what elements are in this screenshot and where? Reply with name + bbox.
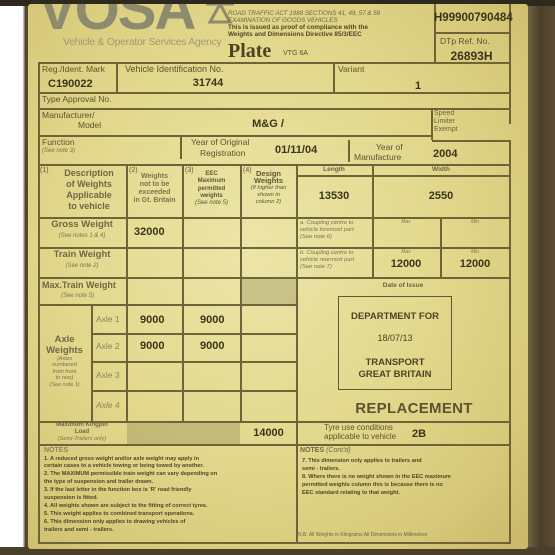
- train-weight-label: Train Weight: [38, 249, 126, 260]
- year-registration-label-2: Registration: [200, 148, 245, 158]
- kingpin-label-line: Maximum Kingpin: [38, 422, 126, 429]
- coupling-a-max-label: Max: [372, 219, 440, 225]
- replacement-stamp: REPLACEMENT: [324, 400, 504, 417]
- header-line: (If higher than: [241, 185, 296, 192]
- compliance-line-2: Weights and Dimensions Directive 85/3/EE…: [228, 31, 468, 38]
- notes-contd-suffix: (Cont'd): [326, 447, 351, 454]
- speed-limiter-exempt: Speed Limiter Exempt: [434, 110, 458, 134]
- gross-weight-note: (See notes 1 & 4): [38, 233, 126, 239]
- agency-name: Vehicle & Operator Services Agency: [63, 36, 221, 48]
- header-line: Weights: [241, 177, 296, 184]
- tyre-label-line: Tyre use conditions: [324, 423, 396, 432]
- variant-label: Variant: [338, 64, 364, 74]
- header-line: exceeded: [127, 189, 182, 197]
- coupling-b-min-label: Min: [440, 249, 510, 255]
- notes-contd-title: NOTES (Cont'd): [300, 447, 351, 454]
- coupling-line: vehicle rearmost part: [300, 257, 372, 264]
- note-line: 2. The MAXIMUM permissible train weight …: [44, 471, 217, 478]
- header-line: in Gt. Britain: [127, 197, 182, 205]
- note-line: trailers and semi - trailers.: [44, 527, 114, 534]
- year-manufacture-label-2: Manufacture: [354, 152, 401, 162]
- photo-background-left: [0, 0, 30, 555]
- serial-number: H99900790484: [434, 12, 509, 24]
- header-line: not to be: [127, 181, 182, 189]
- date-of-issue-label: Date of Issue: [296, 282, 510, 289]
- speed-limiter-line-1: Speed: [434, 110, 458, 118]
- speed-limiter-line-3: Exempt: [434, 126, 458, 134]
- greyed-cell: [127, 422, 240, 444]
- note-line: 7. This dimension only applies to traile…: [302, 458, 422, 465]
- coupling-line: (See note 7): [300, 264, 372, 271]
- axle-3-label: Axle 3: [96, 370, 120, 380]
- year-manufacture-value: 2004: [433, 148, 457, 160]
- function-note: (See note 3): [42, 148, 75, 154]
- tyre-label-line: applicable to vehicle: [324, 432, 396, 441]
- note-line: 3. If the last letter in the function bo…: [44, 487, 192, 494]
- axle-label-line: Axle: [38, 334, 91, 345]
- compliance-statement: This is issued as proof of compliance wi…: [228, 24, 468, 38]
- axle-1-gb: 9000: [140, 314, 164, 326]
- manufacturer-label: Manufacturer/: [42, 110, 94, 120]
- function-label: Function: [42, 137, 75, 147]
- kingpin-note: (Semi-Trailers only): [38, 436, 126, 443]
- coupling-a-min-label: Min: [440, 219, 510, 225]
- coupling-a-label: a. Coupling centre to vehicle foremost p…: [300, 220, 372, 241]
- axle-note-line: (See note 1): [38, 382, 91, 388]
- header-line: Maximum: [183, 178, 240, 185]
- coupling-line: a. Coupling centre to: [300, 220, 372, 227]
- coupling-b-max-label: Max: [372, 249, 440, 255]
- dtp-ref-label: DTp Ref. No.: [440, 36, 490, 46]
- axle-1-eec: 9000: [200, 314, 224, 326]
- coupling-b-label: b. Coupling centre to vehicle rearmost p…: [300, 250, 372, 271]
- coupling-line: b. Coupling centre to: [300, 250, 372, 257]
- col-number: (3): [185, 167, 194, 174]
- issue-stamp: DEPARTMENT FOR 18/07/13 TRANSPORT GREAT …: [338, 296, 452, 390]
- reg-mark-label: Reg./Ident. Mark: [42, 64, 105, 74]
- stamp-great-britain: GREAT BRITAIN: [339, 369, 451, 380]
- plate-title: Plate: [228, 40, 271, 63]
- dtp-ref-value: 26893H: [434, 49, 509, 63]
- act-line-1: ROAD TRAFFIC ACT 1988 SECTIONS 41, 49, 5…: [228, 10, 468, 17]
- notes-contd-label: NOTES: [300, 447, 324, 454]
- year-registration-value: 01/11/04: [275, 144, 317, 156]
- units-footer: N.B. All Weights in Kilograms All Dimens…: [298, 532, 427, 539]
- stamp-department: DEPARTMENT FOR: [339, 311, 451, 322]
- coupling-line: vehicle foremost part: [300, 227, 372, 234]
- axle-label-line: Weights: [38, 345, 91, 356]
- model-label: Model: [78, 120, 101, 130]
- tyre-conditions-label: Tyre use conditions applicable to vehicl…: [324, 423, 396, 441]
- coupling-b-min-value: 12000: [440, 258, 510, 270]
- note-line: the type of suspension and trailer drawn…: [44, 479, 153, 486]
- speed-limiter-line-2: Limiter: [434, 118, 458, 126]
- note-line: suspension is fitted.: [44, 495, 98, 502]
- stamp-transport: TRANSPORT: [339, 357, 451, 368]
- variant-value: 1: [368, 80, 468, 92]
- stamp-date: 18/07/13: [339, 333, 451, 343]
- kingpin-label-line: Load: [38, 429, 126, 436]
- note-line: permitted weights column this is because…: [302, 482, 443, 489]
- note-line: 5. This weight applies to combined trans…: [44, 511, 194, 518]
- gross-weight-gb: 32000: [134, 226, 165, 238]
- note-line: 8. Where there is no weight shown in the…: [302, 474, 451, 481]
- compliance-line-1: This is issued as proof of compliance wi…: [228, 24, 468, 31]
- header-line: Description: [54, 168, 124, 179]
- length-label: Length: [296, 166, 372, 173]
- header-line: weights: [183, 193, 240, 200]
- col-design-weights-header: (4) Design Weights (If higher than shown…: [241, 167, 296, 206]
- vin-value: 31744: [148, 77, 268, 89]
- col-number: (2): [129, 167, 138, 174]
- note-line: EEC standard relating to that weight.: [302, 490, 400, 497]
- note-line: 4. All weights shown are subject to the …: [44, 503, 208, 510]
- axle-1-label: Axle 1: [96, 314, 120, 324]
- note-line: 6. This dimension only applies to drawin…: [44, 519, 185, 526]
- header-line: permitted: [183, 186, 240, 193]
- year-manufacture-label-1: Year of: [376, 142, 403, 152]
- length-value: 13530: [296, 190, 372, 202]
- axle-2-gb: 9000: [140, 340, 164, 352]
- coupling-line: (See note 6): [300, 234, 372, 241]
- year-registration-label-1: Year of Original: [191, 137, 249, 147]
- note-line: semi - trailers.: [302, 466, 340, 473]
- width-value: 2550: [372, 190, 510, 202]
- col-number: (4): [243, 167, 252, 174]
- kingpin-label: Maximum Kingpin Load (Semi-Trailers only…: [38, 422, 126, 442]
- axle-2-label: Axle 2: [96, 341, 120, 351]
- col-gb-weights-header: (2) Weights not to be exceeded in Gt. Br…: [127, 167, 182, 205]
- axle-2-eec: 9000: [200, 340, 224, 352]
- form-code: VTG 6A: [283, 50, 308, 57]
- photo-background-right: [525, 0, 555, 555]
- max-train-weight-note: (See note 5): [61, 293, 94, 299]
- gross-weight-label: Gross Weight: [38, 219, 126, 230]
- type-approval-label: Type Approval No.: [42, 94, 111, 104]
- col-eec-weights-header: (3) EEC Maximum permitted weights (See n…: [183, 167, 240, 207]
- kingpin-design-value: 14000: [241, 427, 296, 439]
- width-label: Width: [372, 166, 510, 173]
- col-number: (1): [40, 167, 49, 174]
- train-weight-note: (See note 2): [38, 263, 126, 269]
- note-line: certain cases to a vehicle towing or bei…: [44, 463, 204, 470]
- vehicle-plate: VOSA Vehicle & Operator Services Agency …: [28, 4, 528, 549]
- tyre-conditions-value: 2B: [412, 428, 426, 440]
- max-train-weight-label: Max.Train Weight: [42, 280, 116, 290]
- axle-4-label: Axle 4: [96, 400, 120, 410]
- vin-label: Vehicle Identification No.: [125, 64, 224, 74]
- header-line: of Weights: [54, 179, 124, 190]
- reg-mark-value: C190022: [48, 78, 93, 90]
- greyed-cell: [241, 278, 296, 304]
- header-line: to vehicle: [54, 201, 124, 212]
- header-line: column 2): [241, 199, 296, 206]
- act-reference: ROAD TRAFFIC ACT 1988 SECTIONS 41, 49, 5…: [228, 10, 468, 24]
- notes-title: NOTES: [44, 447, 68, 454]
- header-line: Applicable: [54, 190, 124, 201]
- axle-weights-label: Axle Weights (Axles numbered from front …: [38, 334, 91, 388]
- header-line: shown in: [241, 192, 296, 199]
- coupling-b-max-value: 12000: [372, 258, 440, 270]
- header-line: (See note 5): [183, 200, 240, 207]
- manufacturer-value: M&G /: [208, 118, 328, 130]
